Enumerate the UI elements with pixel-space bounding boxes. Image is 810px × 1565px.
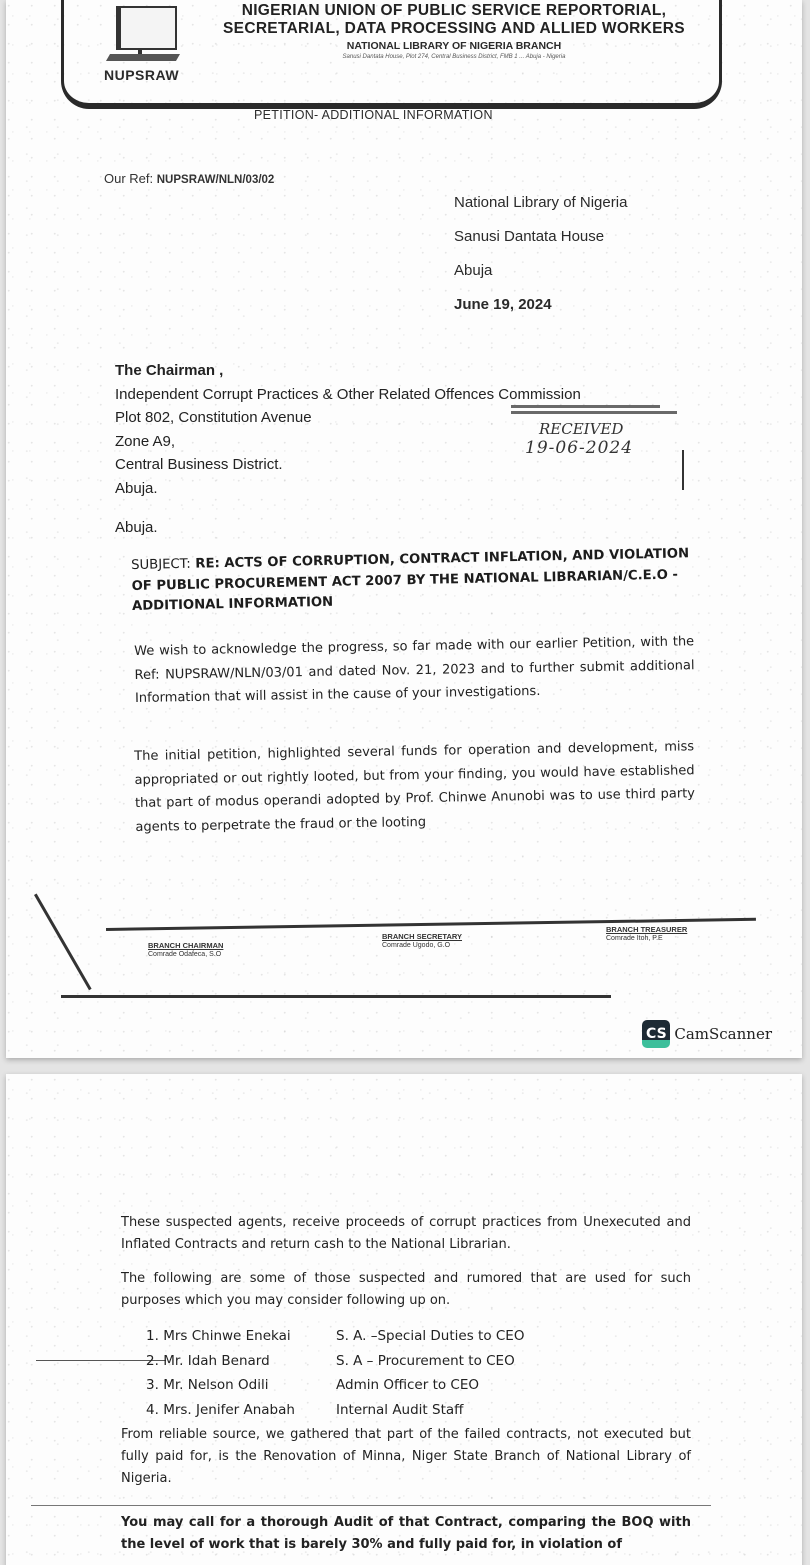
list-item: 4. Mrs. Jenifer Anabah Internal Audit St… — [146, 1398, 646, 1423]
org-branch: NATIONAL LIBRARY OF NIGERIA BRANCH — [189, 40, 719, 52]
item-number: 4. — [146, 1402, 159, 1418]
stamp-date: 19-06-2024 — [525, 438, 686, 458]
org-name-line-1: NIGERIAN UNION OF PUBLIC SERVICE REPORTO… — [189, 2, 719, 20]
list-item: 2. Mr. Idah Benard S. A – Procurement to… — [146, 1349, 646, 1374]
signatory-title: BRANCH SECRETARY — [382, 932, 462, 941]
received-stamp: RECEIVED 19-06-2024 — [511, 402, 686, 502]
subject-label: SUBJECT: — [131, 557, 191, 573]
signatory-title: BRANCH CHAIRMAN — [148, 941, 223, 950]
fold-line — [34, 894, 92, 991]
paragraph: We wish to acknowledge the progress, so … — [134, 630, 695, 710]
item-number: 1. — [146, 1328, 159, 1344]
suspect-name: Mrs. Jenifer Anabah — [163, 1402, 295, 1418]
paragraph: From reliable source, we gathered that p… — [121, 1424, 691, 1490]
paragraph: These suspected agents, receive proceeds… — [121, 1212, 691, 1256]
list-item: 1. Mrs Chinwe Enekai S. A. –Special Duti… — [146, 1324, 646, 1349]
our-ref-label: Our Ref: — [104, 171, 153, 186]
paragraph: The following are some of those suspecte… — [121, 1268, 691, 1312]
suspect-name: Mr. Idah Benard — [163, 1353, 270, 1369]
signatory-chairman: BRANCH CHAIRMAN Comrade Odafeca, S.O — [148, 942, 223, 959]
document-title: PETITION- ADDITIONAL INFORMATION — [254, 108, 493, 122]
our-reference: Our Ref: NUPSRAW/NLN/03/02 — [104, 171, 274, 186]
sender-line: National Library of Nigeria — [454, 186, 627, 220]
suspect-role: S. A – Procurement to CEO — [336, 1349, 515, 1374]
signatory-name: Comrade Itoh, P.E — [606, 935, 663, 942]
suspect-role: S. A. –Special Duties to CEO — [336, 1324, 524, 1349]
scan-noise — [6, 1074, 802, 1565]
suspect-role: Admin Officer to CEO — [336, 1373, 479, 1398]
suspect-name: Mr. Nelson Odili — [163, 1377, 268, 1393]
page-bottom-line — [61, 995, 611, 998]
signatory-name: Comrade Odafeca, S.O — [148, 951, 221, 958]
item-number: 3. — [146, 1377, 159, 1393]
organization-name: NIGERIAN UNION OF PUBLIC SERVICE REPORTO… — [189, 2, 719, 38]
scanned-page-2: These suspected agents, receive proceeds… — [6, 1074, 802, 1565]
list-item: 3. Mr. Nelson Odili Admin Officer to CEO — [146, 1373, 646, 1398]
camscanner-logo-icon: CS — [642, 1020, 670, 1048]
signatory-treasurer: BRANCH TREASURER Comrade Itoh, P.E — [606, 926, 687, 943]
computer-logo-icon — [104, 0, 184, 62]
org-name-line-2: SECRETARIAL, DATA PROCESSING AND ALLIED … — [189, 20, 719, 38]
scan-line — [31, 1505, 711, 1506]
logo-text: NUPSRAW — [104, 67, 179, 83]
signatory-title: BRANCH TREASURER — [606, 925, 687, 934]
item-number: 2. — [146, 1353, 159, 1369]
suspect-name: Mrs Chinwe Enekai — [163, 1328, 290, 1344]
subject: SUBJECT: RE: ACTS OF CORRUPTION, CONTRAC… — [131, 544, 697, 617]
paragraph: The initial petition, highlighted severa… — [134, 735, 696, 839]
letter-date: June 19, 2024 — [454, 288, 627, 322]
scanned-page-1: NUPSRAW NIGERIAN UNION OF PUBLIC SERVICE… — [6, 0, 802, 1058]
signatory-secretary: BRANCH SECRETARY Comrade Ugodo, G.O — [382, 933, 462, 950]
sender-line: Sanusi Dantata House — [454, 220, 627, 254]
suspects-list: 1. Mrs Chinwe Enekai S. A. –Special Duti… — [146, 1324, 646, 1422]
suspect-role: Internal Audit Staff — [336, 1398, 463, 1423]
camscanner-watermark: CS CamScanner — [642, 1020, 772, 1048]
our-ref-value: NUPSRAW/NLN/03/02 — [157, 174, 275, 186]
paragraph: You may call for a thorough Audit of tha… — [121, 1512, 691, 1556]
subject-text: RE: ACTS OF CORRUPTION, CONTRACT INFLATI… — [131, 546, 689, 614]
recipient-line: Abuja. — [115, 516, 581, 540]
sender-line: Abuja — [454, 254, 627, 288]
sender-address: National Library of Nigeria Sanusi Danta… — [454, 186, 627, 322]
camscanner-text: CamScanner — [674, 1025, 772, 1043]
stamp-received: RECEIVED — [539, 420, 686, 438]
letterhead: NUPSRAW NIGERIAN UNION OF PUBLIC SERVICE… — [61, 0, 722, 109]
signatory-name: Comrade Ugodo, G.O — [382, 942, 450, 949]
recipient-line: The Chairman , — [115, 359, 581, 383]
org-address: Sanusi Dantata House, Plot 274, Central … — [189, 54, 719, 60]
